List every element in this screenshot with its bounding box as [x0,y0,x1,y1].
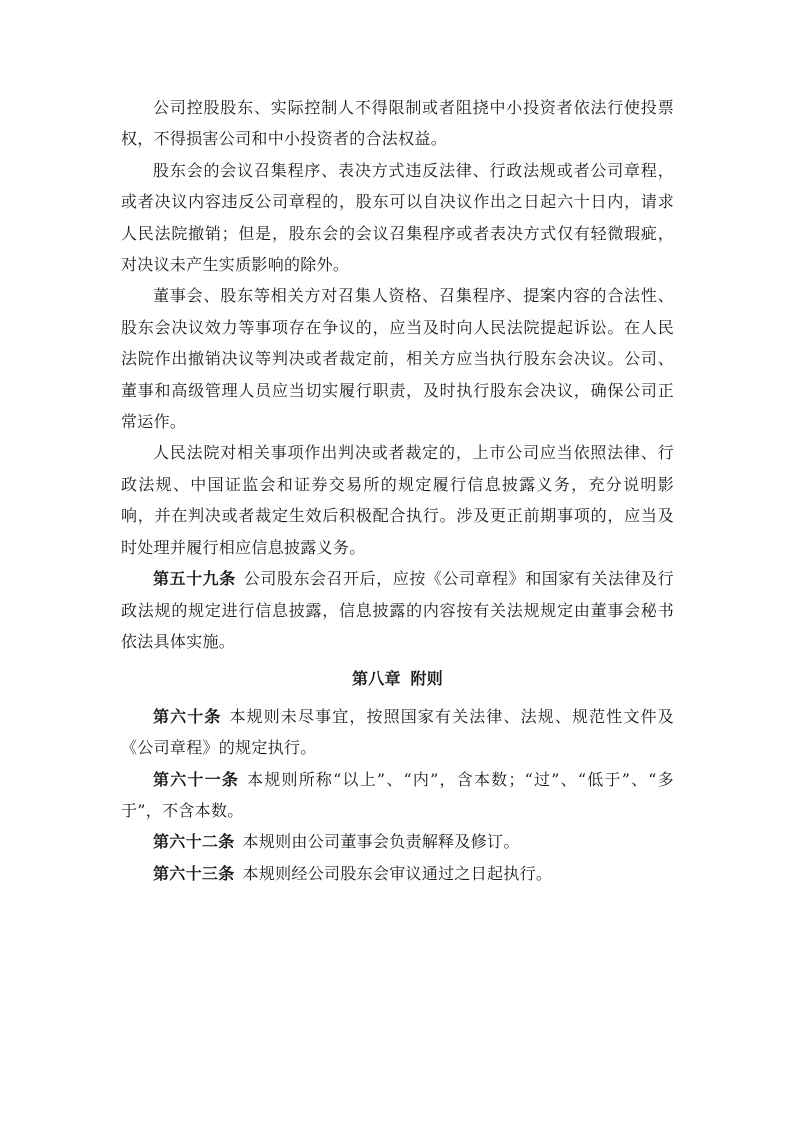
paragraph-court-judgment-disclosure: 人民法院对相关事项作出判决或者裁定的，上市公司应当依照法律、行政法规、中国证监会… [121,437,674,563]
article-number: 第五十九条 [153,569,236,588]
paragraph-resolution-revocation: 股东会的会议召集程序、表决方式违反法律、行政法规或者公司章程，或者决议内容违反公… [121,155,674,281]
article-63: 第六十三条本规则经公司股东会审议通过之日起执行。 [121,858,674,889]
article-60: 第六十条本规则未尽事宜，按照国家有关法律、法规、规范性文件及《公司章程》的规定执… [121,701,674,764]
article-number: 第六十三条 [153,864,235,883]
paragraph-dispute-litigation: 董事会、股东等相关方对召集人资格、召集程序、提案内容的合法性、股东会决议效力等事… [121,280,674,437]
paragraph-text: 股东会的会议召集程序、表决方式违反法律、行政法规或者公司章程，或者决议内容违反公… [121,161,674,274]
article-59: 第五十九条公司股东会召开后，应按《公司章程》和国家有关法律及行政法规的规定进行信… [121,563,674,657]
chapter-heading: 第八章附则 [121,663,674,694]
paragraph-investor-voting-rights: 公司控股股东、实际控制人不得限制或者阻挠中小投资者依法行使投票权，不得损害公司和… [121,92,674,155]
article-text: 本规则经公司股东会审议通过之日起执行。 [243,864,553,883]
article-number: 第六十条 [153,707,222,726]
paragraph-text: 董事会、股东等相关方对召集人资格、召集程序、提案内容的合法性、股东会决议效力等事… [121,286,674,431]
chapter-number: 第八章 [352,669,401,688]
article-text: 本规则由公司董事会负责解释及修订。 [243,832,520,851]
paragraph-text: 人民法院对相关事项作出判决或者裁定的，上市公司应当依照法律、行政法规、中国证监会… [121,443,674,556]
article-number: 第六十二条 [153,832,235,851]
paragraph-text: 公司控股股东、实际控制人不得限制或者阻挠中小投资者依法行使投票权，不得损害公司和… [121,98,674,148]
chapter-title: 附则 [410,669,443,688]
document-page: 公司控股股东、实际控制人不得限制或者阻挠中小投资者依法行使投票权，不得损害公司和… [121,92,674,889]
article-62: 第六十二条本规则由公司董事会负责解释及修订。 [121,826,674,857]
article-number: 第六十一条 [153,770,239,789]
article-61: 第六十一条本规则所称“以上”、“内”，含本数；“过”、“低于”、“多于”，不含本… [121,764,674,827]
